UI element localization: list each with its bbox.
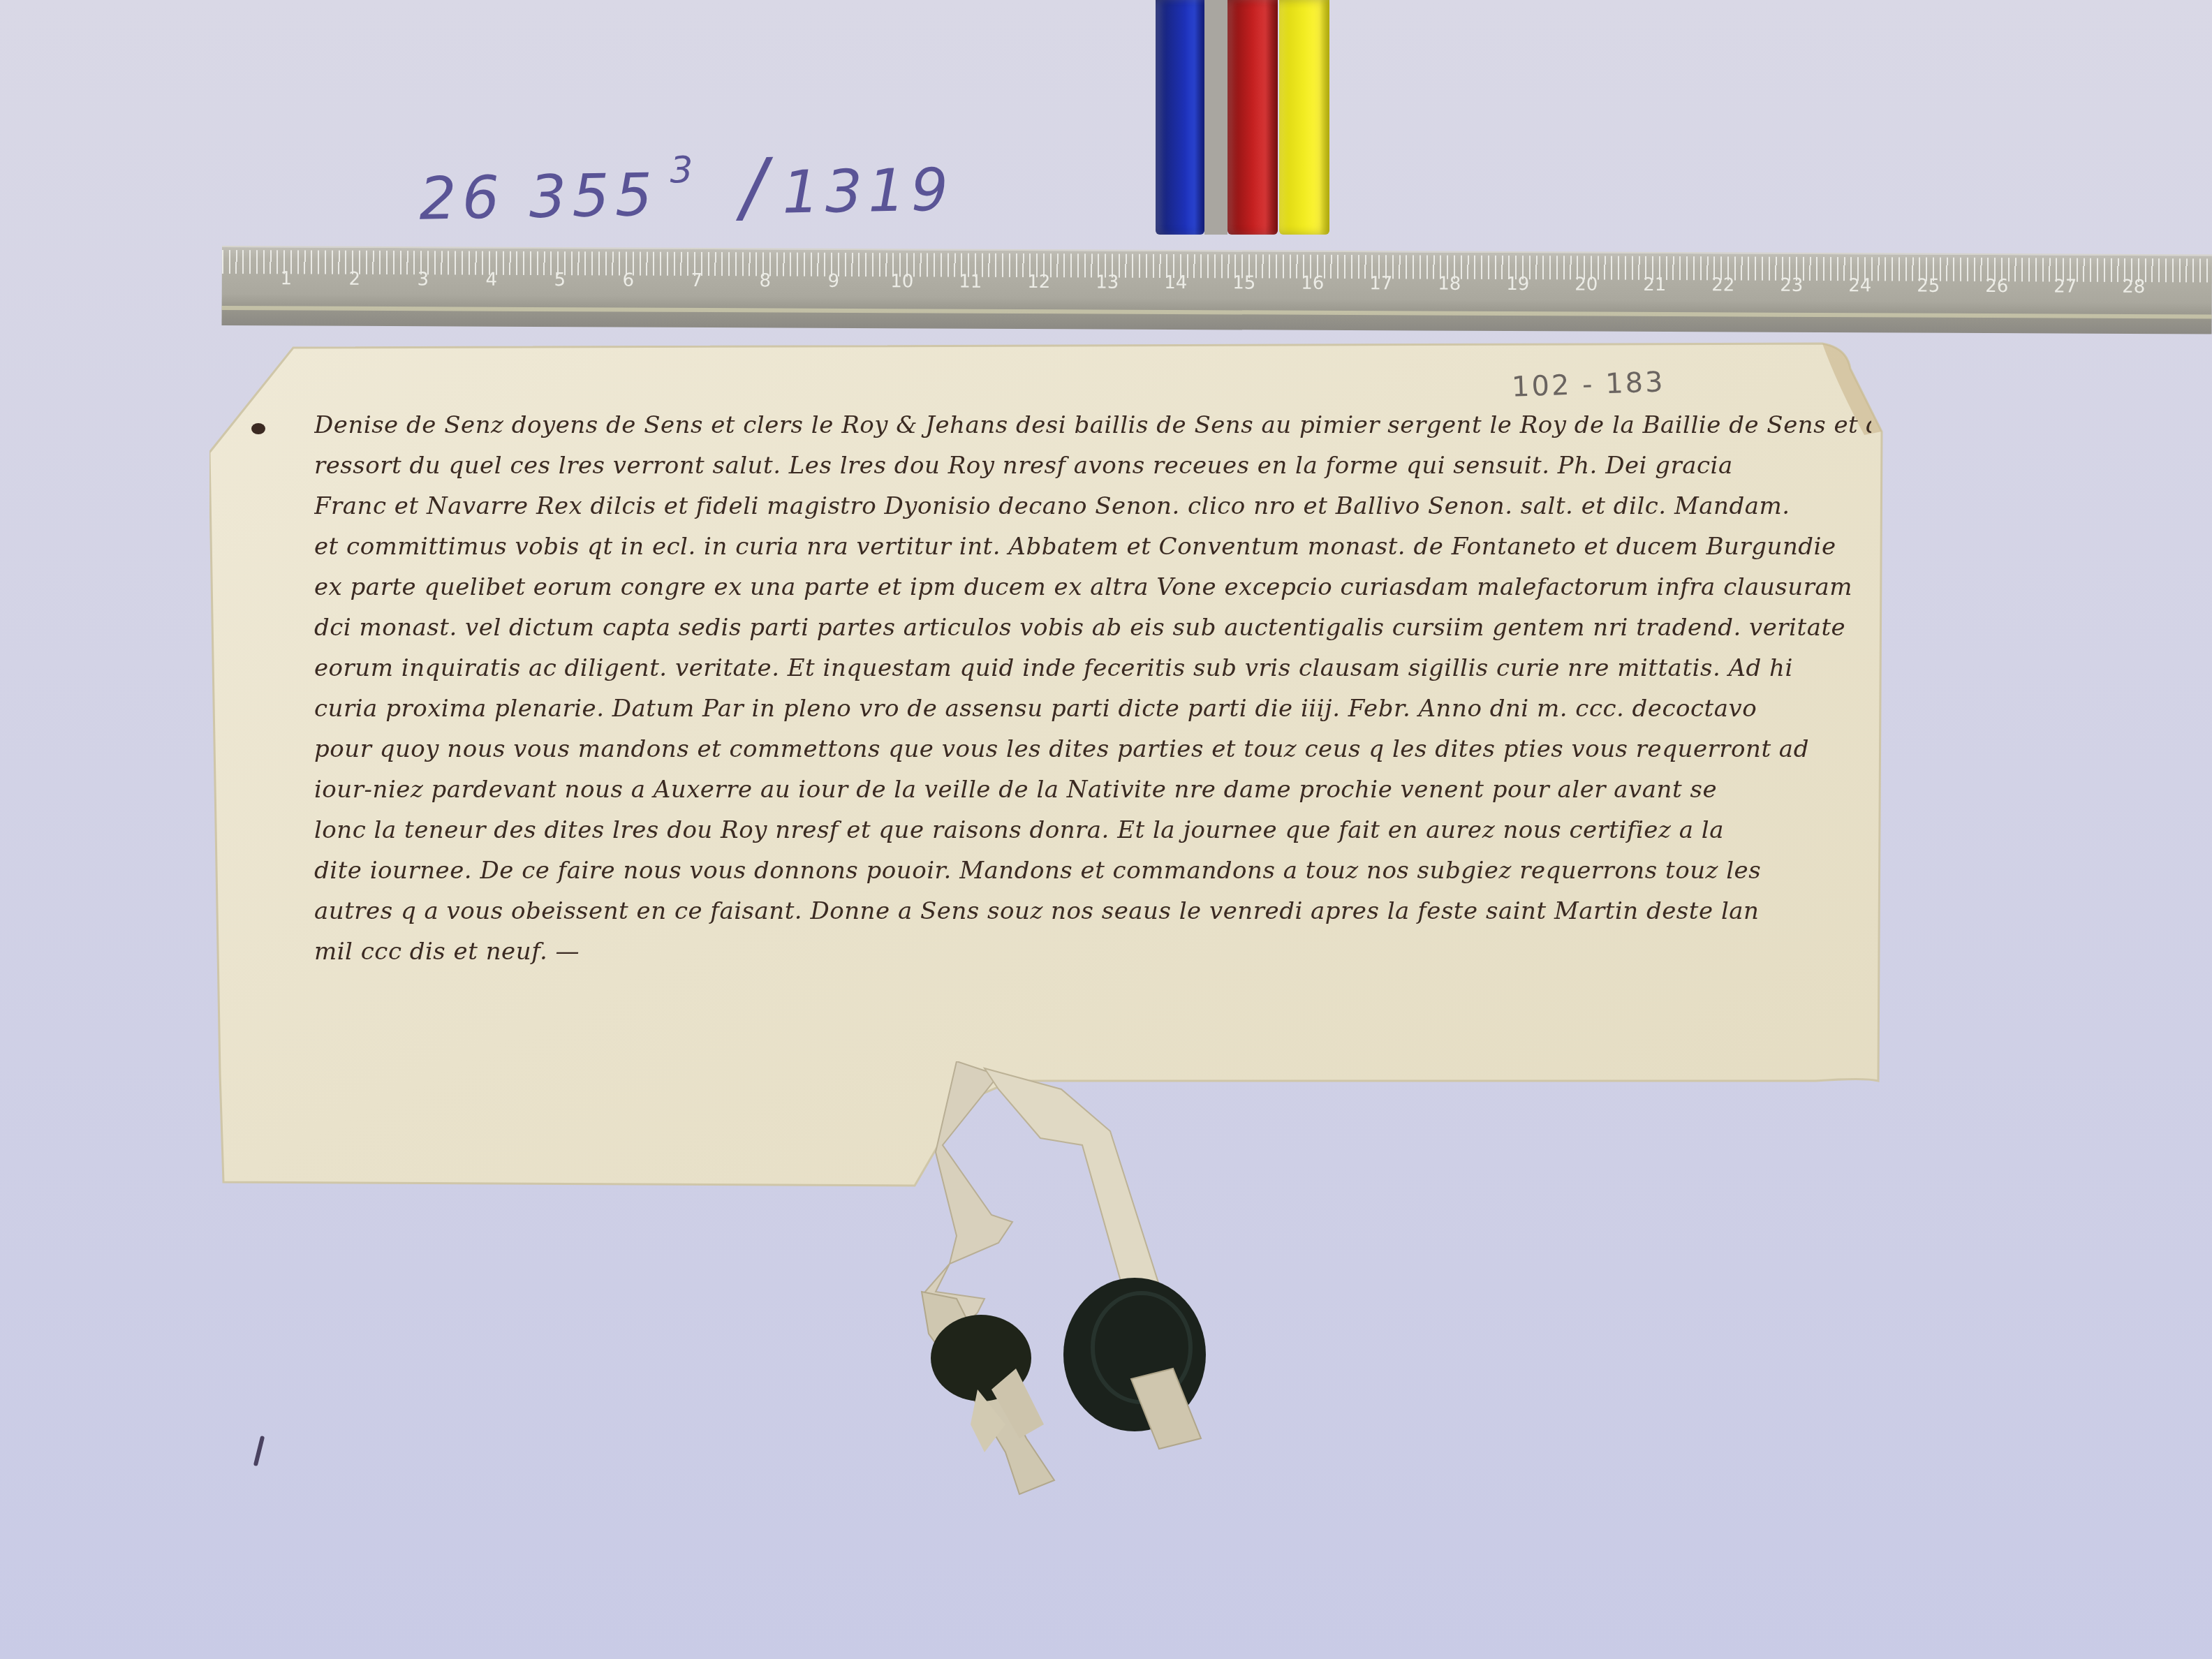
ruler-label: 19 bbox=[1506, 274, 1529, 295]
shelfmark-superscript: 3 bbox=[670, 149, 699, 192]
ruler-label: 28 bbox=[2122, 276, 2145, 297]
ruler-label: 2 bbox=[348, 269, 360, 290]
text-line: ex parte quelibet eorum congre ex una pa… bbox=[314, 567, 1871, 607]
seal-tags-graphic bbox=[880, 1061, 1341, 1659]
text-line: Denise de Senz doyens de Sens et clers l… bbox=[314, 405, 1871, 445]
measuring-ruler: 1 2 3 4 5 6 7 8 9 10 11 12 13 14 15 16 1… bbox=[222, 246, 2212, 334]
text-line: lonc la teneur des dites lres dou Roy nr… bbox=[314, 810, 1871, 850]
ruler-label: 11 bbox=[959, 272, 982, 293]
ruler-label: 8 bbox=[759, 270, 771, 291]
blue-pencil bbox=[1156, 0, 1204, 235]
text-line: Franc et Navarre Rex dilcis et fideli ma… bbox=[314, 486, 1871, 526]
ruler-label: 23 bbox=[1780, 275, 1803, 296]
ruler-label: 5 bbox=[554, 270, 566, 290]
red-pencil bbox=[1227, 0, 1278, 235]
ruler-label: 18 bbox=[1438, 274, 1461, 295]
ruler-label: 16 bbox=[1301, 273, 1324, 294]
text-line: curia proxima plenarie. Datum Par in ple… bbox=[314, 688, 1871, 729]
right-seal-tag bbox=[985, 1068, 1166, 1306]
ruler-label: 4 bbox=[485, 270, 497, 290]
ruler-label: 9 bbox=[827, 271, 839, 292]
ruler-label: 17 bbox=[1369, 273, 1392, 294]
pendant-seals bbox=[880, 1061, 1341, 1659]
ruler-label: 24 bbox=[1848, 275, 1871, 296]
ruler-label: 1 bbox=[280, 268, 292, 289]
text-line: dite iournee. De ce faire nous vous donn… bbox=[314, 850, 1871, 891]
pen-mark bbox=[253, 1436, 265, 1466]
text-line: pour quoy nous vous mandons et commetton… bbox=[314, 729, 1871, 769]
ruler-label: 10 bbox=[890, 271, 913, 292]
text-line: iour-niez pardevant nous a Auxerre au io… bbox=[314, 769, 1871, 810]
ruler-label: 20 bbox=[1575, 274, 1598, 295]
ruler-label: 22 bbox=[1711, 274, 1734, 295]
shelfmark-number: 26 355 bbox=[418, 161, 658, 233]
ruler-label: 6 bbox=[622, 270, 634, 291]
shelfmark-separator: / bbox=[740, 142, 773, 232]
ruler-label: 7 bbox=[691, 270, 702, 291]
text-line: eorum inquiratis ac diligent. veritate. … bbox=[314, 648, 1871, 688]
ink-dot bbox=[251, 423, 265, 434]
text-line: ressort du quel ces lres verront salut. … bbox=[314, 445, 1871, 486]
ruler-label: 25 bbox=[1917, 276, 1940, 297]
ruler-label: 15 bbox=[1232, 272, 1255, 293]
yellow-pencil bbox=[1279, 0, 1329, 235]
ruler-label: 26 bbox=[1985, 276, 2008, 297]
text-line: mil ccc dis et neuf. — bbox=[314, 931, 1871, 972]
text-line: et committimus vobis qt in ecl. in curia… bbox=[314, 526, 1871, 567]
ruler-label: 12 bbox=[1027, 272, 1050, 293]
charter-text: Denise de Senz doyens de Sens et clers l… bbox=[314, 405, 1871, 972]
ruler-edge bbox=[222, 306, 2212, 318]
ruler-label: 27 bbox=[2054, 276, 2077, 297]
pencil-gap bbox=[1204, 0, 1227, 235]
shelfmark-year: 1319 bbox=[781, 155, 954, 226]
archive-pencil-note: 102 - 183 bbox=[1511, 366, 1665, 404]
ruler-label: 14 bbox=[1164, 272, 1187, 293]
left-seal-tag bbox=[925, 1061, 1012, 1327]
ruler-ticks bbox=[222, 250, 2212, 282]
text-line: dci monast. vel dictum capta sedis parti… bbox=[314, 607, 1871, 648]
ruler-label: 3 bbox=[417, 269, 429, 290]
text-line: autres q a vous obeissent en ce faisant.… bbox=[314, 891, 1871, 931]
shelfmark: 26 3553/1319 bbox=[418, 138, 954, 237]
ruler-label: 13 bbox=[1096, 272, 1119, 293]
ruler-label: 21 bbox=[1643, 274, 1666, 295]
